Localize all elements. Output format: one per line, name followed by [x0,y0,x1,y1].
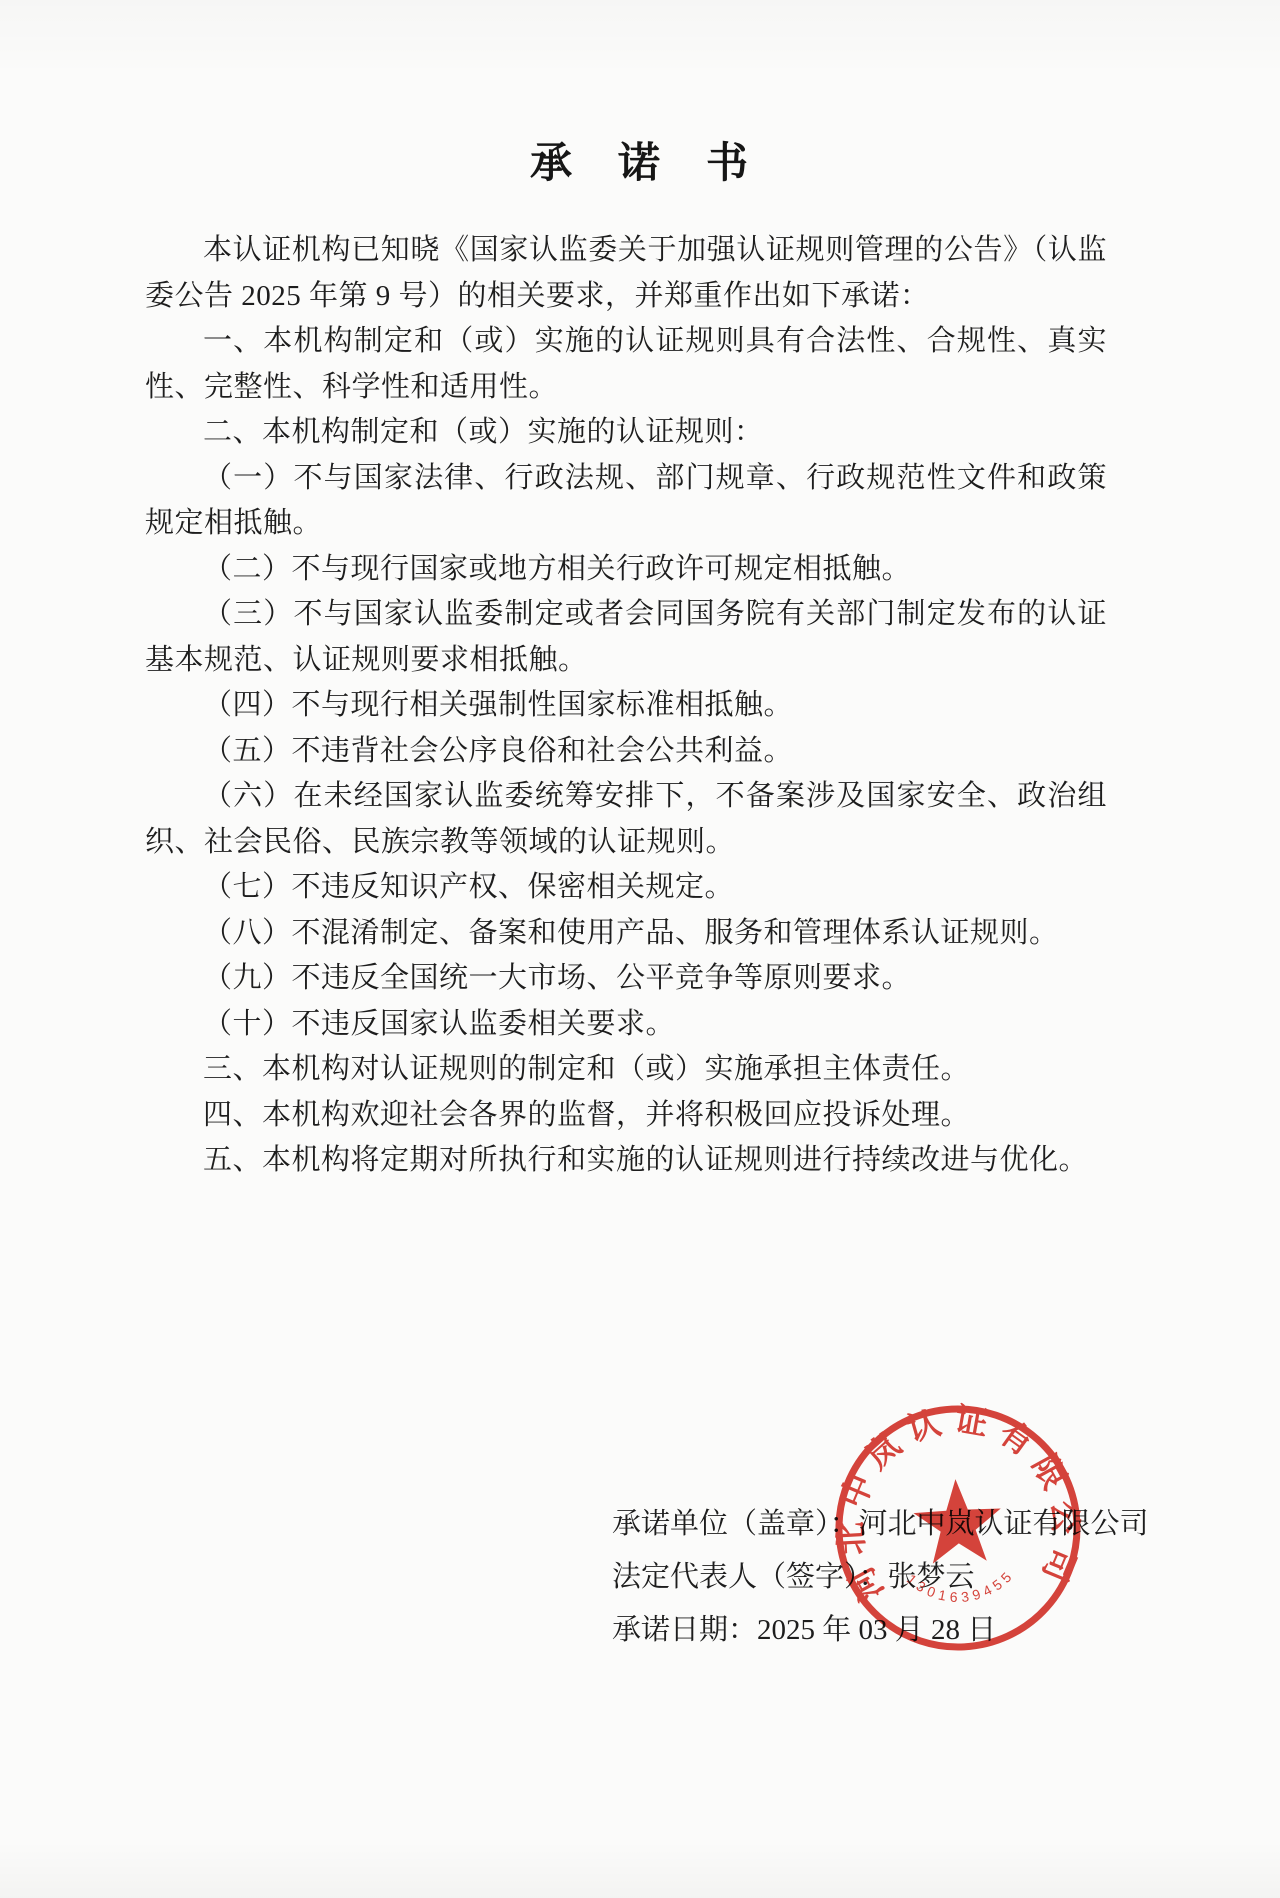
signature-block: 承诺单位（盖章）：河北中岚认证有限公司 法定代表人（签字）：张梦云 承诺日期：2… [612,1498,1149,1657]
signature-legal-label: 法定代表人（签字）： [612,1561,888,1593]
document-title: 承 诺 书 [0,130,1280,190]
signature-unit-row: 承诺单位（盖章）：河北中岚认证有限公司 [612,1498,1149,1551]
signature-unit-value: 河北中岚认证有限公司 [859,1508,1149,1540]
paragraph-subitem-4: （四）不与现行相关强制性国家标准相抵触。 [145,683,1107,729]
paragraph-subitem-2: （二）不与现行国家或地方相关行政许可规定相抵触。 [145,547,1107,593]
paragraph-item-4: 四、本机构欢迎社会各界的监督，并将积极回应投诉处理。 [145,1093,1107,1139]
paragraph-intro: 本认证机构已知晓《国家认监委关于加强认证规则管理的公告》（认监委公告 2025 … [145,228,1107,319]
paragraph-subitem-5: （五）不违背社会公序良俗和社会公共利益。 [145,729,1107,775]
paragraph-item-3: 三、本机构对认证规则的制定和（或）实施承担主体责任。 [145,1047,1107,1093]
paragraph-subitem-1: （一）不与国家法律、行政法规、部门规章、行政规范性文件和政策规定相抵触。 [145,456,1107,547]
paragraph-item-2: 二、本机构制定和（或）实施的认证规则： [145,410,1107,456]
paragraph-subitem-7: （七）不违反知识产权、保密相关规定。 [145,865,1107,911]
signature-date-value: 2025 年 03 月 28 日 [757,1614,996,1646]
signature-date-label: 承诺日期： [612,1614,757,1646]
paragraph-subitem-8: （八）不混淆制定、备案和使用产品、服务和管理体系认证规则。 [145,911,1107,957]
paragraph-subitem-9: （九）不违反全国统一大市场、公平竞争等原则要求。 [145,956,1107,1002]
paragraph-subitem-10: （十）不违反国家认监委相关要求。 [145,1002,1107,1048]
signature-legal-row: 法定代表人（签字）：张梦云 [612,1551,1149,1604]
document-body: 本认证机构已知晓《国家认监委关于加强认证规则管理的公告》（认监委公告 2025 … [145,228,1107,1184]
paragraph-item-1: 一、本机构制定和（或）实施的认证规则具有合法性、合规性、真实性、完整性、科学性和… [145,319,1107,410]
document-page: 承 诺 书 本认证机构已知晓《国家认监委关于加强认证规则管理的公告》（认监委公告… [0,0,1280,1898]
signature-legal-value: 张梦云 [888,1561,975,1593]
signature-date-row: 承诺日期：2025 年 03 月 28 日 [612,1604,1149,1657]
paragraph-item-5: 五、本机构将定期对所执行和实施的认证规则进行持续改进与优化。 [145,1138,1107,1184]
paragraph-subitem-6: （六）在未经国家认监委统筹安排下，不备案涉及国家安全、政治组织、社会民俗、民族宗… [145,774,1107,865]
signature-unit-label: 承诺单位（盖章）： [612,1508,859,1540]
paragraph-subitem-3: （三）不与国家认监委制定或者会同国务院有关部门制定发布的认证基本规范、认证规则要… [145,592,1107,683]
